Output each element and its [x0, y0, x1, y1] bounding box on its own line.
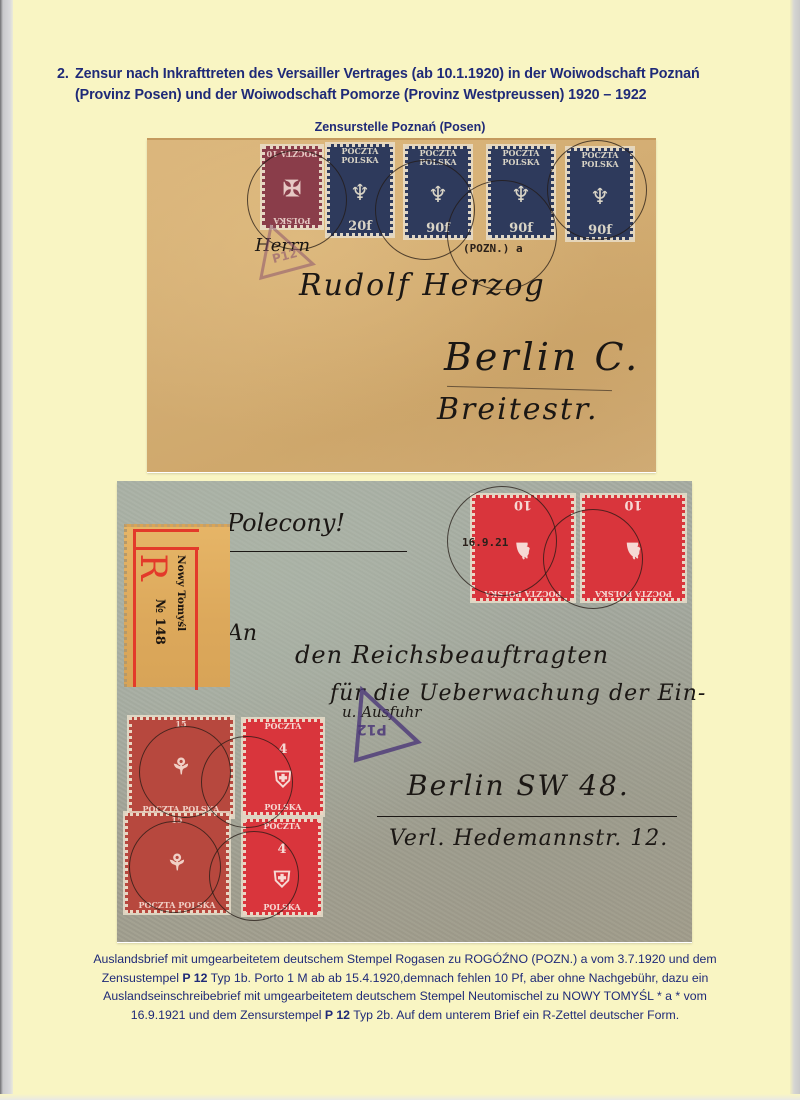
section-subheading: Zensurstelle Poznań (Posen) — [0, 120, 800, 134]
caption-line-1: Auslandsbrief mit umgearbeitetem deutsch… — [60, 950, 750, 969]
upper-envelope: POLSKA ✠ POCZTA 10 POCZTA POLSKA ♆ 20f P… — [147, 138, 656, 472]
postmark-date: 16.9.21 — [462, 536, 508, 549]
horseman-icon: ♞ — [513, 539, 533, 561]
caption-line-4: 16.9.1921 und dem Zensurstempel P 12 Typ… — [60, 1006, 750, 1025]
caption-line-3: Auslandseinschreibebrief mit umgearbeite… — [60, 987, 750, 1006]
page-heading: 2.Zensur nach Inkrafttreten des Versaill… — [57, 64, 757, 106]
stamp-red-10: POCZTA POLSKA ♞ 10 — [582, 495, 685, 601]
caption-line-2: Zensustempel P 12 Typ 1b. Porto 1 M ab a… — [60, 969, 750, 988]
eagle-crest-icon: ✠ — [283, 176, 301, 198]
stamp-15: 15 ⚘ POCZTA POLSKA — [129, 717, 233, 817]
stamp-15: 15 ⚘ POCZTA POLSKA — [125, 813, 229, 913]
stamp-90f: POCZTA POLSKA ♆ 90f — [405, 146, 471, 238]
scan-edge-right — [790, 0, 800, 1100]
address-line-1: An — [227, 621, 257, 646]
eagle-icon: ♆ — [590, 186, 610, 208]
address-name: Rudolf Herzog — [299, 268, 546, 303]
registered-annotation: Polecony! — [227, 509, 345, 537]
address-street: Verl. Hedemannstr. 12. — [389, 826, 668, 851]
stamp-4: POCZTA 4 ⛨ POLSKA — [243, 819, 321, 915]
eagle-icon: ♆ — [350, 182, 370, 204]
censor-mark: P12 — [357, 721, 387, 737]
address-city: Berlin SW 48. — [407, 769, 630, 802]
eagle-shield-icon: ⛨ — [275, 769, 292, 791]
registration-letter: R — [132, 547, 172, 587]
horseman-icon: ♞ — [624, 539, 644, 561]
address-line-2: den Reichsbeauftragten — [295, 641, 609, 669]
caption: Auslandsbrief mit umgearbeitetem deutsch… — [60, 950, 750, 1024]
stamp-90f: POCZTA POLSKA ♆ 90f — [567, 148, 633, 240]
flourish — [377, 816, 677, 817]
registration-number: № 148 — [152, 599, 167, 679]
address-street: Breitestr. — [437, 392, 599, 427]
registration-place: Nowy Tomyśl — [175, 555, 187, 665]
registration-label: R Nowy Tomyśl № 148 — [124, 524, 230, 687]
stamp-90f: POCZTA POLSKA ♆ 90f — [488, 146, 554, 238]
underline — [447, 386, 612, 391]
eagle-shield-icon: ⛨ — [274, 869, 291, 891]
eagle-icon: ♆ — [511, 184, 531, 206]
eagle-icon: ♆ — [428, 184, 448, 206]
scan-edge-left — [0, 0, 13, 1100]
scan-edge-bottom — [0, 1094, 800, 1100]
sower-icon: ⚘ — [167, 852, 187, 874]
stamp-20f: POCZTA POLSKA ♆ 20f — [327, 144, 393, 236]
heading-number: 2. — [57, 64, 75, 85]
address-city: Berlin C. — [444, 335, 640, 379]
postmark-text: (POZN.) a — [463, 242, 523, 255]
stamp-10-inverted: POLSKA ✠ POCZTA 10 — [262, 146, 322, 228]
sower-icon: ⚘ — [171, 756, 191, 778]
heading-line-1: Zensur nach Inkrafttreten des Versailler… — [75, 66, 700, 82]
heading-line-2: (Provinz Posen) und der Woiwodschaft Pom… — [57, 85, 757, 106]
stamp-4: POCZTA 4 ⛨ POLSKA — [243, 719, 323, 815]
